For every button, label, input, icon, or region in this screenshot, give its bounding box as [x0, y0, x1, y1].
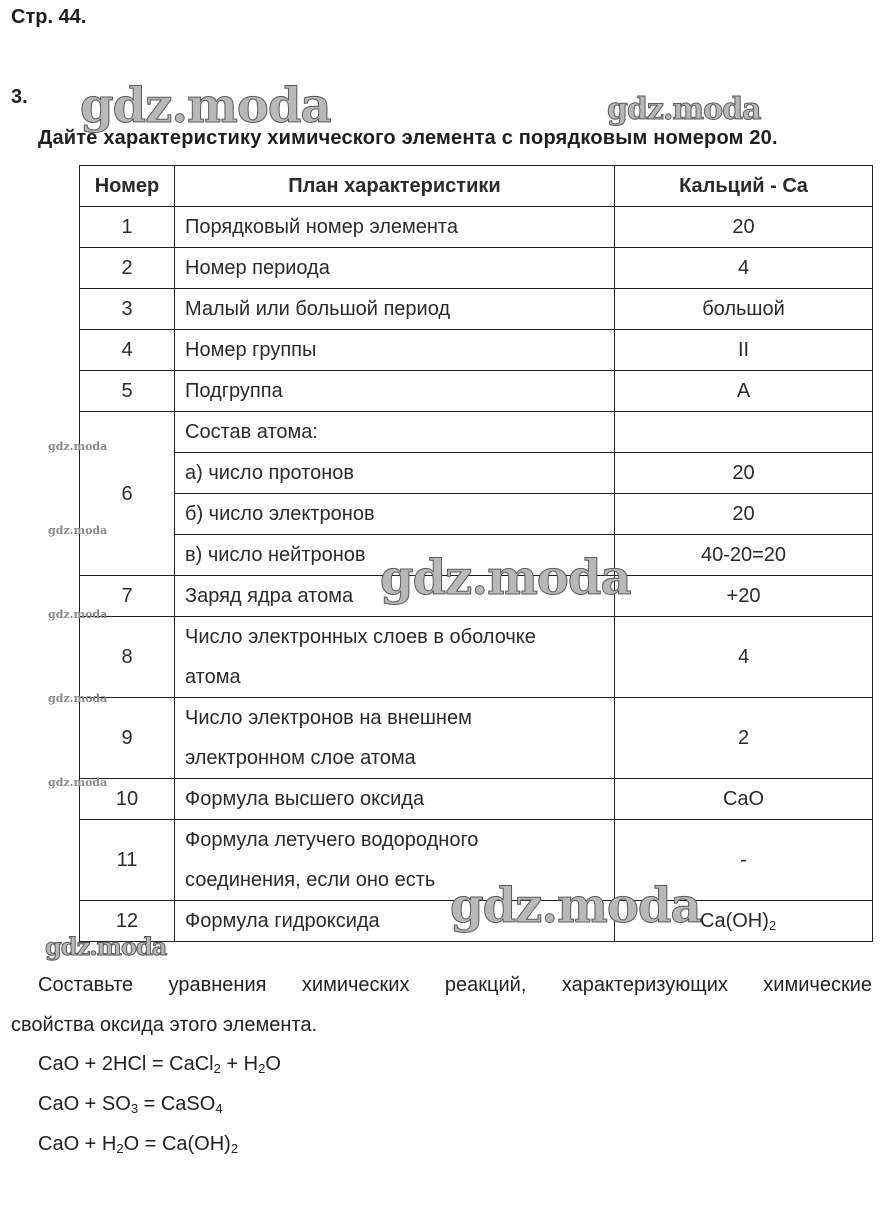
table-row: 5 Подгруппа А [80, 371, 873, 412]
row-plan: Формула летучего водородного соединения,… [175, 820, 615, 901]
watermark-logo: gdz.moda [80, 78, 331, 134]
row-plan: Номер группы [175, 330, 615, 371]
formula-subscript: 2 [116, 1141, 123, 1156]
column-header-number: Номер [80, 166, 175, 207]
table-row: 8 Число электронных слоев в оболочке ато… [80, 617, 873, 698]
row-value: 20 [615, 453, 873, 494]
task-title: Дайте характеристику химического элемент… [38, 127, 778, 150]
row-plan: Малый или большой период [175, 289, 615, 330]
row-plan: Формула гидроксида [175, 901, 615, 942]
formula-subscript: 2 [214, 1061, 221, 1076]
row-number: 10 [80, 779, 175, 820]
row-plan: Заряд ядра атома [175, 576, 615, 617]
equation: CaO + 2HCl = CaCl2 + H2O [38, 1053, 281, 1076]
row-value: А [615, 371, 873, 412]
table-row: 6 Состав атома: [80, 412, 873, 453]
row-value: Ca(OH)2 [615, 901, 873, 942]
row-plan-line: Число электронов на внешнем [185, 698, 614, 738]
row-value: 20 [615, 207, 873, 248]
table-row: 3 Малый или большой период большой [80, 289, 873, 330]
row-value: 2 [615, 698, 873, 779]
row-value: +20 [615, 576, 873, 617]
formula-text: O [265, 1053, 281, 1075]
row-value: большой [615, 289, 873, 330]
row-number: 8 [80, 617, 175, 698]
column-header-plan: План характеристики [175, 166, 615, 207]
row-plan-line: Число электронных слоев в оболочке [185, 617, 614, 657]
row-plan: Номер периода [175, 248, 615, 289]
row-plan: а) число протонов [175, 453, 615, 494]
table-header-row: Номер План характеристики Кальций - Ca [80, 166, 873, 207]
table-subrow: б) число электронов 20 [80, 494, 873, 535]
row-plan-line: соединения, если оно есть [185, 860, 614, 900]
row-plan: Подгруппа [175, 371, 615, 412]
row-plan: Число электронов на внешнем электронном … [175, 698, 615, 779]
formula-subscript: 2 [231, 1141, 238, 1156]
row-value: II [615, 330, 873, 371]
row-value: 4 [615, 617, 873, 698]
task-number: 3. [11, 86, 28, 109]
formula-subscript: 3 [131, 1101, 138, 1116]
equation: CaO + SO3 = CaSO4 [38, 1093, 223, 1116]
row-plan-line: атома [185, 657, 614, 697]
table-row: 1 Порядковый номер элемента 20 [80, 207, 873, 248]
table-row: 2 Номер периода 4 [80, 248, 873, 289]
formula-text: + H [221, 1053, 258, 1075]
formula-subscript: 2 [769, 918, 776, 933]
formula-text: CaO + SO [38, 1093, 131, 1115]
row-number: 11 [80, 820, 175, 901]
question-text: Составьте уравнения химических реакций, … [38, 974, 872, 996]
row-plan: в) число нейтронов [175, 535, 615, 576]
row-number: 5 [80, 371, 175, 412]
page-reference: Стр. 44. [11, 6, 86, 29]
row-number: 2 [80, 248, 175, 289]
equation: CaO + H2O = Ca(OH)2 [38, 1133, 238, 1156]
table-row: 12 Формула гидроксида Ca(OH)2 [80, 901, 873, 942]
row-plan-line: Формула летучего водородного [185, 820, 614, 860]
formula-text: = CaSO [138, 1093, 215, 1115]
row-plan: б) число электронов [175, 494, 615, 535]
row-number: 12 [80, 901, 175, 942]
row-value: - [615, 820, 873, 901]
formula-subscript: 4 [215, 1101, 222, 1116]
row-plan-line: электронном слое атома [185, 738, 614, 778]
watermark-logo: gdz.moda [607, 92, 761, 127]
row-value: 40-20=20 [615, 535, 873, 576]
table-row: 11 Формула летучего водородного соединен… [80, 820, 873, 901]
table-row: 7 Заряд ядра атома +20 [80, 576, 873, 617]
row-value [615, 412, 873, 453]
table-subrow: а) число протонов 20 [80, 453, 873, 494]
question-line-2: свойства оксида этого элемента. [11, 1005, 872, 1045]
table-row: 10 Формула высшего оксида CaO [80, 779, 873, 820]
formula-text: CaO + 2HCl = CaCl [38, 1053, 214, 1075]
element-characteristics-table: Номер План характеристики Кальций - Ca 1… [79, 165, 873, 942]
formula-text: CaO + H [38, 1133, 116, 1155]
table-row: 4 Номер группы II [80, 330, 873, 371]
row-number: 4 [80, 330, 175, 371]
column-header-value: Кальций - Ca [615, 166, 873, 207]
row-number: 7 [80, 576, 175, 617]
row-number: 9 [80, 698, 175, 779]
row-number: 1 [80, 207, 175, 248]
table-row: 9 Число электронов на внешнем электронно… [80, 698, 873, 779]
row-number: 3 [80, 289, 175, 330]
formula-base: Ca(OH) [700, 910, 769, 932]
formula-text: O = Ca(OH) [124, 1133, 231, 1155]
row-plan: Число электронных слоев в оболочке атома [175, 617, 615, 698]
table-subrow: в) число нейтронов 40-20=20 [80, 535, 873, 576]
row-value: 4 [615, 248, 873, 289]
row-value: CaO [615, 779, 873, 820]
row-value: 20 [615, 494, 873, 535]
question-line-1: Составьте уравнения химических реакций, … [11, 965, 872, 1005]
row-plan: Формула высшего оксида [175, 779, 615, 820]
row-number: 6 [80, 412, 175, 576]
row-plan: Состав атома: [175, 412, 615, 453]
row-plan: Порядковый номер элемента [175, 207, 615, 248]
